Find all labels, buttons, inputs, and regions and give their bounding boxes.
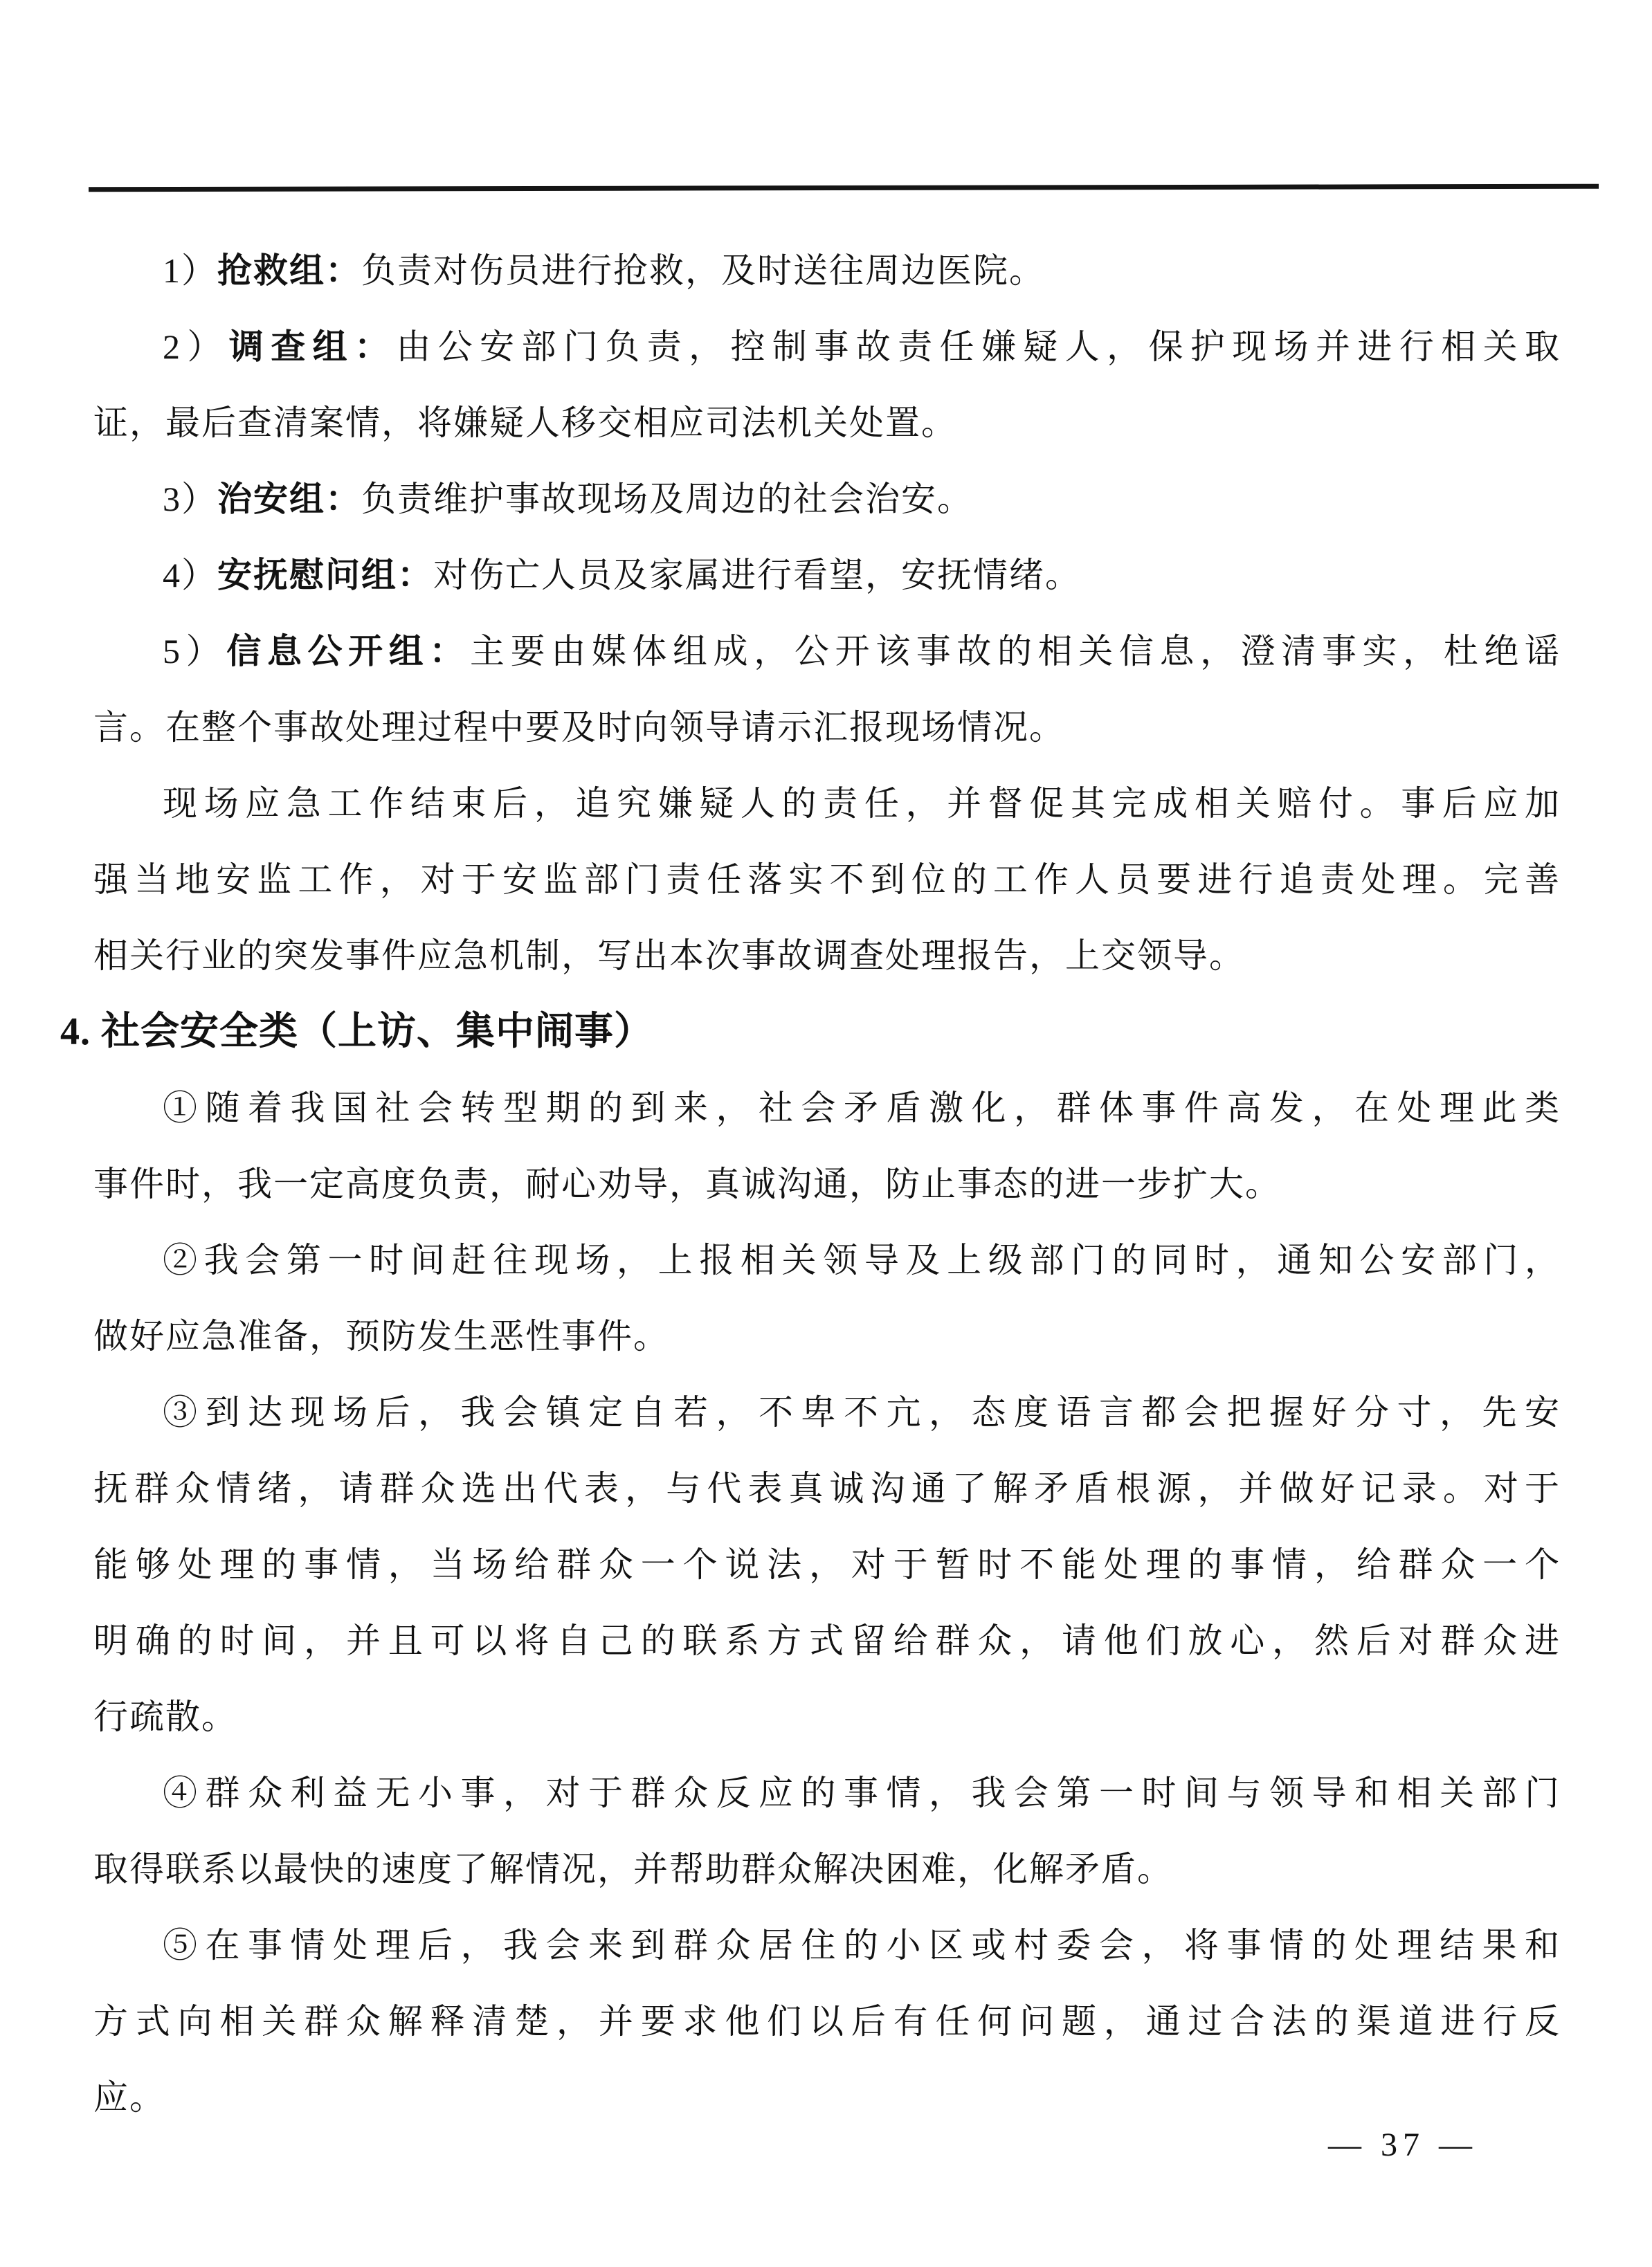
- text-line: ①随着我国社会转型期的到来，社会矛盾激化，群体事件高发，在处理此类: [93, 1070, 1561, 1146]
- text-run: 强当地安监工作，对于安监部门责任落实不到位的工作人员要进行追责处理。完善: [93, 860, 1561, 899]
- text-run: ②我会第一时间赶往现场，上报相关领导及上级部门的同时，通知公安部门，: [163, 1241, 1561, 1280]
- text-run: 应。: [93, 2078, 165, 2117]
- bold-text-run: 调查组：: [229, 327, 397, 366]
- text-run: ④群众利益无小事，对于群众反应的事情，我会第一时间与领导和相关部门: [163, 1774, 1561, 1812]
- scanned-document-page: 1）抢救组：负责对伤员进行抢救，及时送往周边医院。2）调查组：由公安部门负责，控…: [0, 0, 1652, 2267]
- text-line: 现场应急工作结束后，追究嫌疑人的责任，并督促其完成相关赔付。事后应加: [93, 765, 1561, 841]
- text-run: 证，最后查清案情，将嫌疑人移交相应司法机关处置。: [93, 403, 957, 442]
- text-line: 行疏散。: [93, 1679, 1561, 1755]
- text-run: ⑤在事情处理后，我会来到群众居住的小区或村委会，将事情的处理结果和: [163, 1926, 1561, 1965]
- text-line: 取得联系以最快的速度了解情况，并帮助群众解决困难，化解矛盾。: [93, 1831, 1561, 1907]
- text-line: 明确的时间，并且可以将自己的联系方式留给群众，请他们放心，然后对群众进: [93, 1603, 1561, 1679]
- text-line: 能够处理的事情，当场给群众一个说法，对于暂时不能处理的事情，给群众一个: [93, 1527, 1561, 1603]
- text-run: 5）: [163, 632, 226, 671]
- text-line: 做好应急准备，预防发生恶性事件。: [93, 1298, 1561, 1374]
- header-divider-rule: [89, 184, 1599, 192]
- text-line: 强当地安监工作，对于安监部门责任落实不到位的工作人员要进行追责处理。完善: [93, 841, 1561, 918]
- bold-text-run: 抢救组：: [217, 251, 361, 290]
- text-line: ④群众利益无小事，对于群众反应的事情，我会第一时间与领导和相关部门: [93, 1755, 1561, 1831]
- text-run: 明确的时间，并且可以将自己的联系方式留给群众，请他们放心，然后对群众进: [93, 1621, 1561, 1660]
- text-run: ①随着我国社会转型期的到来，社会矛盾激化，群体事件高发，在处理此类: [163, 1089, 1561, 1127]
- text-line: 4）安抚慰问组：对伤亡人员及家属进行看望，安抚情绪。: [93, 537, 1561, 613]
- text-line: 3）治安组：负责维护事故现场及周边的社会治安。: [93, 461, 1561, 537]
- text-run: 1）: [163, 251, 217, 290]
- text-line: 事件时，我一定高度负责，耐心劝导，真诚沟通，防止事态的进一步扩大。: [93, 1146, 1561, 1222]
- text-line: ③到达现场后，我会镇定自若，不卑不亢，态度语言都会把握好分寸，先安: [93, 1374, 1561, 1450]
- text-line: 2）调查组：由公安部门负责，控制事故责任嫌疑人，保护现场并进行相关取: [93, 309, 1561, 385]
- text-run: 行疏散。: [93, 1697, 237, 1736]
- text-run: 负责对伤员进行抢救，及时送往周边医院。: [361, 251, 1045, 290]
- text-line: 相关行业的突发事件应急机制，写出本次事故调查处理报告，上交领导。: [93, 918, 1561, 994]
- text-line: 1）抢救组：负责对伤员进行抢救，及时送往周边医院。: [93, 233, 1561, 309]
- text-run: 方式向相关群众解释清楚，并要求他们以后有任何问题，通过合法的渠道进行反: [93, 2002, 1561, 2041]
- text-run: 现场应急工作结束后，追究嫌疑人的责任，并督促其完成相关赔付。事后应加: [163, 784, 1561, 823]
- text-run: 相关行业的突发事件应急机制，写出本次事故调查处理报告，上交领导。: [93, 936, 1245, 975]
- text-line: 抚群众情绪，请群众选出代表，与代表真诚沟通了解矛盾根源，并做好记录。对于: [93, 1450, 1561, 1527]
- section-heading: 4. 社会安全类（上访、集中闹事）: [60, 994, 1561, 1070]
- text-run: 3）: [163, 480, 217, 518]
- bold-text-run: 4. 社会安全类（上访、集中闹事）: [60, 1010, 653, 1053]
- text-line: 证，最后查清案情，将嫌疑人移交相应司法机关处置。: [93, 385, 1561, 461]
- text-run: 抚群众情绪，请群众选出代表，与代表真诚沟通了解矛盾根源，并做好记录。对于: [93, 1469, 1561, 1508]
- text-line: ⑤在事情处理后，我会来到群众居住的小区或村委会，将事情的处理结果和: [93, 1907, 1561, 1983]
- bold-text-run: 治安组：: [217, 480, 361, 518]
- text-run: 对伤亡人员及家属进行看望，安抚情绪。: [433, 556, 1081, 594]
- text-line: ②我会第一时间赶往现场，上报相关领导及上级部门的同时，通知公安部门，: [93, 1222, 1561, 1298]
- text-run: 4）: [163, 556, 217, 594]
- text-run: 2）: [163, 327, 229, 366]
- text-line: 言。在整个事故处理过程中要及时向领导请示汇报现场情况。: [93, 689, 1561, 765]
- document-body: 1）抢救组：负责对伤员进行抢救，及时送往周边医院。2）调查组：由公安部门负责，控…: [93, 233, 1561, 2136]
- text-run: 事件时，我一定高度负责，耐心劝导，真诚沟通，防止事态的进一步扩大。: [93, 1165, 1281, 1203]
- text-run: 由公安部门负责，控制事故责任嫌疑人，保护现场并进行相关取: [396, 327, 1561, 366]
- text-run: 主要由媒体组成，公开该事故的相关信息，澄清事实，杜绝谣: [470, 632, 1561, 671]
- bold-text-run: 信息公开组：: [226, 632, 470, 671]
- text-line: 应。: [93, 2059, 1561, 2136]
- text-run: 负责维护事故现场及周边的社会治安。: [361, 480, 973, 518]
- text-run: 取得联系以最快的速度了解情况，并帮助群众解决困难，化解矛盾。: [93, 1850, 1173, 1888]
- page-number: — 37 —: [1328, 2126, 1478, 2164]
- text-line: 方式向相关群众解释清楚，并要求他们以后有任何问题，通过合法的渠道进行反: [93, 1983, 1561, 2059]
- text-run: 言。在整个事故处理过程中要及时向领导请示汇报现场情况。: [93, 708, 1065, 747]
- bold-text-run: 安抚慰问组：: [217, 556, 433, 594]
- text-run: 做好应急准备，预防发生恶性事件。: [93, 1317, 669, 1356]
- text-line: 5）信息公开组：主要由媒体组成，公开该事故的相关信息，澄清事实，杜绝谣: [93, 613, 1561, 689]
- text-run: 能够处理的事情，当场给群众一个说法，对于暂时不能处理的事情，给群众一个: [93, 1545, 1561, 1584]
- text-run: ③到达现场后，我会镇定自若，不卑不亢，态度语言都会把握好分寸，先安: [163, 1393, 1561, 1432]
